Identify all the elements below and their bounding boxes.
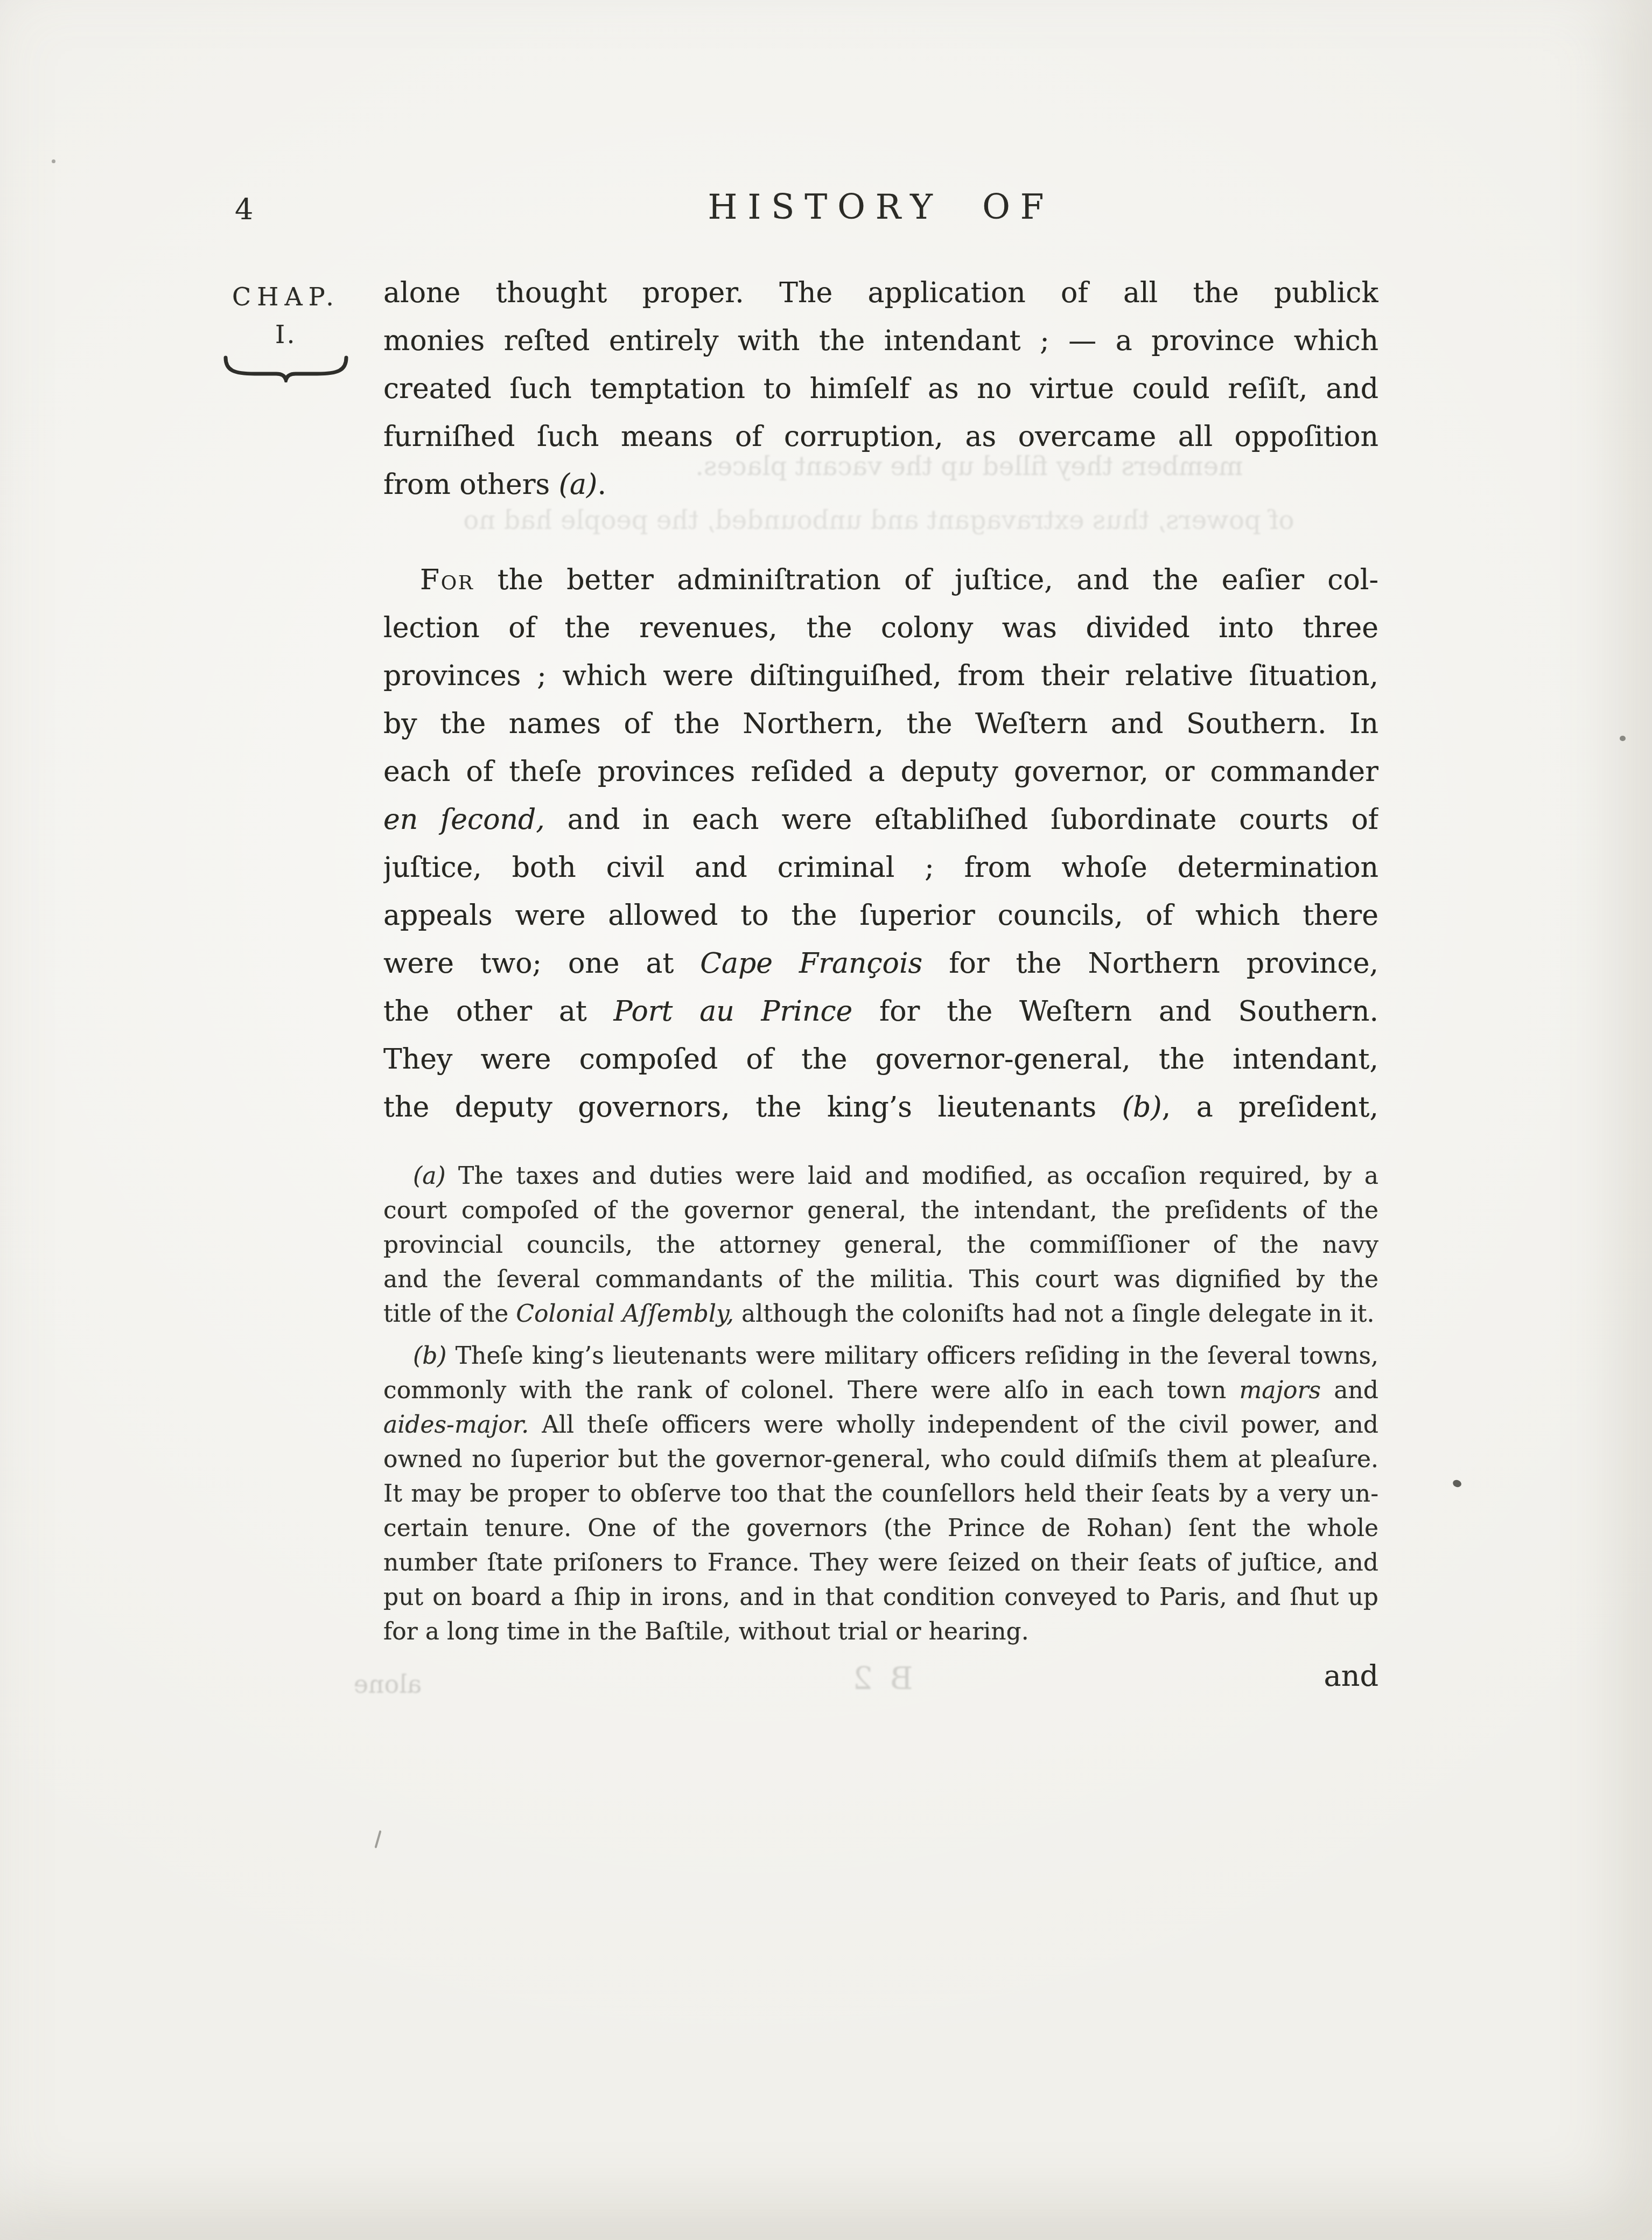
ink-speck bbox=[1620, 736, 1626, 741]
text-line: by the names of the Northern, the Weſter… bbox=[383, 700, 1378, 748]
text-segment: the deputy governors, the king’s lieuten… bbox=[383, 1091, 1122, 1124]
text-line: alone thought proper. The application of… bbox=[383, 269, 1378, 317]
text-segment: court compoſed of the governor general, … bbox=[383, 1197, 1378, 1224]
text-segment: put on board a ſhip in irons, and in tha… bbox=[383, 1583, 1378, 1611]
chapter-label: CHAP. bbox=[214, 282, 358, 311]
text-line: certain tenure. One of the governors (th… bbox=[383, 1511, 1378, 1546]
text-segment: (a) bbox=[413, 1162, 446, 1190]
text-line: For the better adminiſtration of juſtice… bbox=[383, 556, 1378, 604]
text-line: court compoſed of the governor general, … bbox=[383, 1194, 1378, 1228]
text-segment: juſtice, both civil and criminal ; from … bbox=[383, 852, 1378, 884]
text-segment: provinces ; which were diſtinguiſhed, fr… bbox=[383, 660, 1378, 692]
text-line: (b) Theſe king’s lieutenants were milita… bbox=[383, 1339, 1378, 1373]
paragraph: For the better adminiſtration of juſtice… bbox=[383, 556, 1378, 1132]
text-segment: aides-major. bbox=[383, 1411, 529, 1439]
running-title: HISTORY OF bbox=[383, 187, 1378, 227]
text-line: They were compoſed of the governor-gener… bbox=[383, 1036, 1378, 1084]
text-line: and the ſeveral commandants of the milit… bbox=[383, 1262, 1378, 1297]
text-line: It may be proper to obſerve too that the… bbox=[383, 1477, 1378, 1511]
text-segment: for the Weſtern and Southern. bbox=[852, 995, 1378, 1028]
text-segment: each of theſe provinces reſided a deputy… bbox=[383, 756, 1378, 788]
text-line: title of the Colonial Aſſembly, although… bbox=[383, 1297, 1378, 1331]
text-line: juſtice, both civil and criminal ; from … bbox=[383, 844, 1378, 892]
text-segment: for the Northern province, bbox=[922, 947, 1378, 980]
text-segment: All theſe officers were wholly independe… bbox=[529, 1411, 1378, 1439]
text-line: from others (a). bbox=[383, 461, 1378, 509]
text-segment: en ſecond, bbox=[383, 804, 545, 836]
text-segment: . bbox=[597, 469, 606, 501]
text-segment: They were compoſed of the governor-gener… bbox=[383, 1043, 1378, 1076]
text-line: (a) The taxes and duties were laid and m… bbox=[383, 1159, 1378, 1194]
text-segment: certain tenure. One of the governors (th… bbox=[383, 1515, 1378, 1542]
paragraph: (a) The taxes and duties were laid and m… bbox=[383, 1159, 1378, 1331]
text-segment: lection of the revenues, the colony was … bbox=[383, 612, 1378, 644]
chapter-margin-note: CHAP. I. bbox=[214, 282, 358, 382]
ink-speck bbox=[52, 159, 55, 163]
ink-speck bbox=[374, 1830, 381, 1848]
text-line: en ſecond, and in each were eſtabliſhed … bbox=[383, 796, 1378, 844]
text-line: lection of the revenues, the colony was … bbox=[383, 604, 1378, 652]
text-line: the other at Port au Prince for the Weſt… bbox=[383, 988, 1378, 1036]
text-line: owned no ſuperior but the governor-gener… bbox=[383, 1442, 1378, 1477]
text-segment: provincial councils, the attorney genera… bbox=[383, 1231, 1378, 1259]
text-segment: For bbox=[420, 564, 474, 596]
text-line: each of theſe provinces reſided a deputy… bbox=[383, 748, 1378, 796]
text-line: aides-major. All theſe officers were who… bbox=[383, 1408, 1378, 1442]
text-segment: although the coloniſts had not a ſingle … bbox=[734, 1300, 1374, 1328]
text-line: created ſuch temptation to himſelf as no… bbox=[383, 365, 1378, 413]
paragraph: (b) Theſe king’s lieutenants were milita… bbox=[383, 1339, 1378, 1649]
text-segment: furniſhed ſuch means of corruption, as o… bbox=[383, 421, 1378, 453]
text-line: monies reſted entirely with the intendan… bbox=[383, 317, 1378, 365]
text-segment: Theſe king’s lieutenants were military o… bbox=[447, 1342, 1379, 1370]
text-segment: were two; one at bbox=[383, 947, 700, 980]
text-segment: (a) bbox=[559, 469, 598, 501]
page-number: 4 bbox=[235, 193, 253, 227]
text-segment: Colonial Aſſembly, bbox=[516, 1300, 734, 1328]
ink-speck bbox=[1452, 1479, 1462, 1489]
text-line: for a long time in the Baſtile, without … bbox=[383, 1615, 1378, 1649]
text-segment: It may be proper to obſerve too that the… bbox=[383, 1480, 1378, 1508]
text-segment: created ſuch temptation to himſelf as no… bbox=[383, 373, 1378, 405]
paragraph: alone thought proper. The application of… bbox=[383, 269, 1378, 509]
text-segment: , a preſident, bbox=[1162, 1091, 1378, 1124]
text-segment: Cape François bbox=[700, 947, 922, 980]
text-line: were two; one at Cape François for the N… bbox=[383, 940, 1378, 988]
text-segment: and bbox=[1321, 1377, 1378, 1404]
text-line: provinces ; which were diſtinguiſhed, fr… bbox=[383, 652, 1378, 700]
text-segment: alone thought proper. The application of… bbox=[383, 277, 1378, 309]
text-line: appeals were allowed to the ſuperior cou… bbox=[383, 892, 1378, 940]
text-segment: the better adminiſtration of juſtice, an… bbox=[474, 564, 1379, 596]
text-segment: the other at bbox=[383, 995, 614, 1028]
text-line: put on board a ſhip in irons, and in tha… bbox=[383, 1580, 1378, 1615]
text-line: commonly with the rank of colonel. There… bbox=[383, 1373, 1378, 1408]
text-segment: Port au Prince bbox=[614, 995, 853, 1028]
text-line: the deputy governors, the king’s lieuten… bbox=[383, 1084, 1378, 1132]
text-segment: majors bbox=[1239, 1377, 1321, 1404]
chapter-numeral: I. bbox=[214, 320, 358, 349]
text-segment: and the ſeveral commandants of the milit… bbox=[383, 1266, 1378, 1293]
text-segment: (b) bbox=[413, 1342, 447, 1370]
text-segment: owned no ſuperior but the governor-gener… bbox=[383, 1446, 1378, 1473]
text-segment: (b) bbox=[1122, 1091, 1162, 1124]
main-text-block: alone thought proper. The application of… bbox=[383, 269, 1378, 1132]
text-segment: appeals were allowed to the ſuperior cou… bbox=[383, 899, 1378, 932]
book-page-scan: 4 HISTORY OF CHAP. I. members they fille… bbox=[0, 0, 1652, 2240]
text-segment: for a long time in the Baſtile, without … bbox=[383, 1618, 1029, 1645]
text-line: number ſtate priſoners to France. They w… bbox=[383, 1546, 1378, 1580]
text-line: furniſhed ſuch means of corruption, as o… bbox=[383, 413, 1378, 461]
text-segment: from others bbox=[383, 469, 559, 501]
footnotes-block: (a) The taxes and duties were laid and m… bbox=[383, 1159, 1378, 1649]
text-line: provincial councils, the attorney genera… bbox=[383, 1228, 1378, 1262]
catchword: and bbox=[383, 1659, 1378, 1693]
text-segment: The taxes and duties were laid and modif… bbox=[446, 1162, 1378, 1190]
text-segment: title of the bbox=[383, 1300, 516, 1328]
text-segment: number ſtate priſoners to France. They w… bbox=[383, 1549, 1378, 1576]
text-segment: and in each were eſtabliſhed ſubordinate… bbox=[545, 804, 1378, 836]
text-segment: monies reſted entirely with the intendan… bbox=[383, 325, 1378, 357]
text-segment: by the names of the Northern, the Weſter… bbox=[383, 708, 1378, 740]
chapter-brace-icon bbox=[221, 354, 351, 382]
text-segment: commonly with the rank of colonel. There… bbox=[383, 1377, 1239, 1404]
